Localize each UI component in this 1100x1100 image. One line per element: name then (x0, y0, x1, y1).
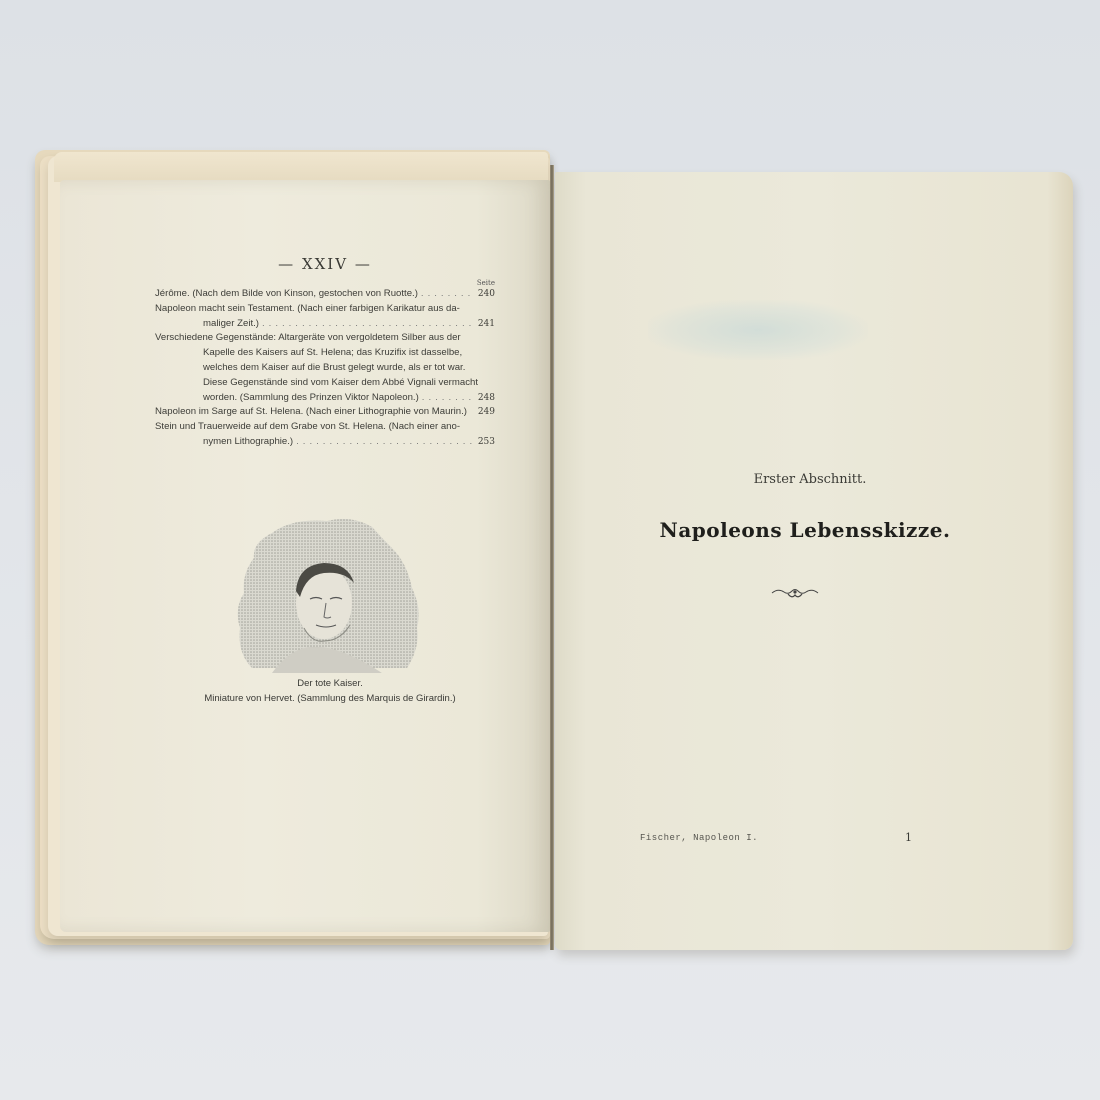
toc-entry-text: welches dem Kaiser auf die Brust gelegt … (203, 361, 465, 376)
leader-dots: .......... (421, 287, 474, 302)
seite-column-label: Seite (155, 279, 495, 287)
toc-entry-text: Diese Gegenstände sind vom Kaiser dem Ab… (203, 376, 478, 391)
toc-entry-text: Napoleon im Sarge auf St. Helena. (Nach … (155, 405, 467, 420)
toc-entry-text: nymen Lithographie.) (203, 435, 293, 450)
toc-entry: Napoleon macht sein Testament. (Nach ein… (155, 302, 495, 332)
toc-entry: Stein und Trauerweide auf dem Grabe von … (155, 420, 495, 450)
toc-entry: Jérôme. (Nach dem Bilde von Kinson, gest… (155, 287, 495, 302)
book-spine-gutter (550, 165, 554, 950)
page-number-header: — XXIV — (155, 255, 495, 273)
toc-page-number: 253 (477, 435, 495, 450)
leader-dots (470, 405, 474, 420)
toc-entry-text: worden. (Sammlung des Prinzen Viktor Nap… (203, 391, 419, 406)
toc-page-number: 240 (477, 287, 495, 302)
left-page-top-fold (54, 152, 548, 182)
toc-entry-text: Jérôme. (Nach dem Bilde von Kinson, gest… (155, 287, 418, 302)
book-photo-scene: — XXIV — Seite Jérôme. (Nach dem Bilde v… (0, 0, 1100, 1100)
right-page (555, 172, 1073, 950)
toc-page-number: 248 (477, 391, 495, 406)
leader-dots: ................................. (262, 317, 474, 332)
toc-entry-text: Kapelle des Kaisers auf St. Helena; das … (203, 346, 462, 361)
caption-credit: Miniature von Hervet. (Sammlung des Marq… (180, 691, 480, 706)
illustrations-index: Jérôme. (Nach dem Bilde von Kinson, gest… (155, 287, 495, 450)
chapter-title: Napoleons Lebensskizze. (655, 518, 955, 542)
ink-bleed-through (648, 300, 868, 360)
toc-page-number: 241 (477, 317, 495, 332)
section-label: Erster Abschnitt. (680, 472, 940, 487)
toc-entry-text: maliger Zeit.) (203, 317, 259, 332)
printer-signature: Fischer, Napoleon I. (640, 833, 758, 843)
portrait-engraving-icon (232, 513, 427, 673)
fleuron-ornament-icon (770, 585, 820, 599)
toc-entry: Verschiedene Gegenstände: Altargeräte vo… (155, 331, 495, 405)
leader-dots: ................................. (296, 435, 474, 450)
left-page-content: — XXIV — Seite Jérôme. (Nach dem Bilde v… (155, 255, 495, 450)
toc-entry: Napoleon im Sarge auf St. Helena. (Nach … (155, 405, 495, 420)
footer-page-number: 1 (905, 831, 912, 844)
leader-dots: .......... (422, 391, 474, 406)
toc-entry-text: Verschiedene Gegenstände: Altargeräte vo… (155, 331, 461, 346)
toc-entry-text: Napoleon macht sein Testament. (Nach ein… (155, 302, 460, 317)
illustration-caption: Der tote Kaiser. Miniature von Hervet. (… (180, 676, 480, 706)
toc-entry-text: Stein und Trauerweide auf dem Grabe von … (155, 420, 460, 435)
caption-title: Der tote Kaiser. (180, 676, 480, 691)
toc-page-number: 249 (477, 405, 495, 420)
